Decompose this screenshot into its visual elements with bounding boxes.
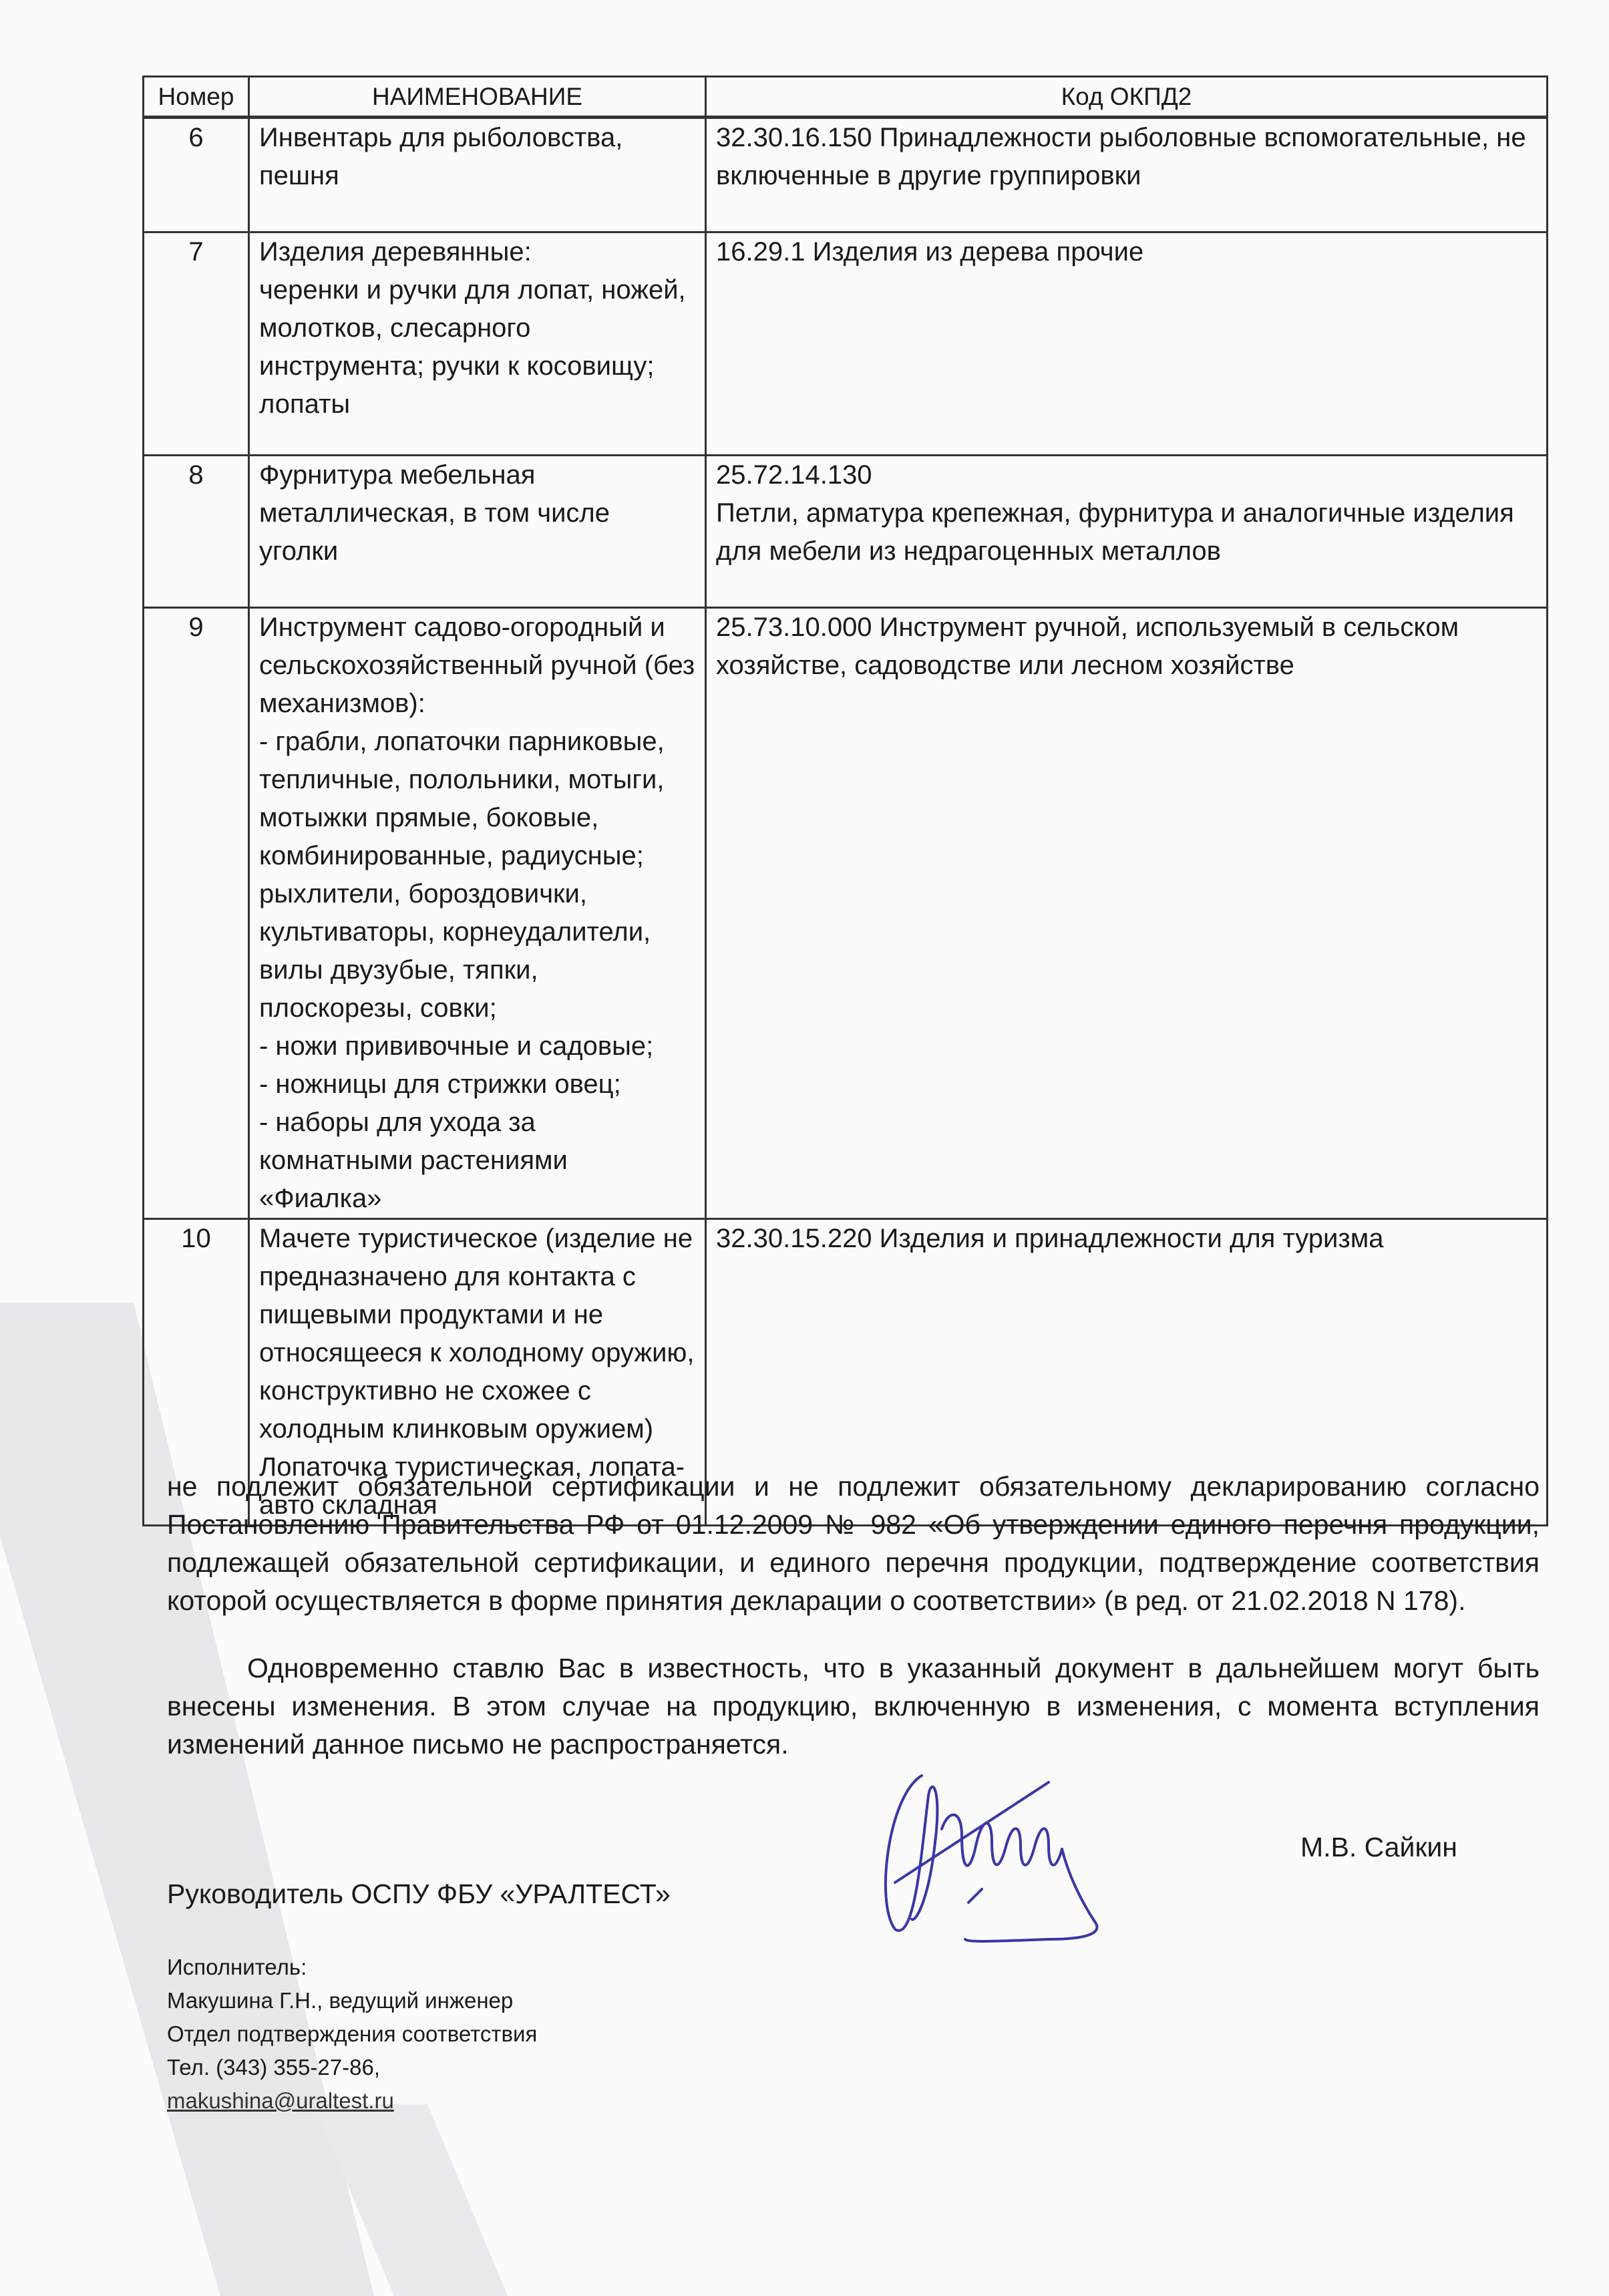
header-code: Код ОКПД2 [706,77,1548,118]
handwritten-signature [848,1769,1249,1949]
row-name: Инвентарь для рыболовства, пешня [249,118,706,232]
row-code: 25.72.14.130 Петли, арматура крепежная, … [706,456,1548,608]
signatory-title: Руководитель ОСПУ ФБУ «УРАЛТЕСТ» [167,1878,671,1910]
row-name: Инструмент садово-огородный и сельскохоз… [249,608,706,1219]
executor-phone: Тел. (343) 355-27-86, [167,2051,537,2084]
row-number: 8 [144,456,249,608]
table-row: 7 Изделия деревянные: черенки и ручки дл… [144,232,1548,456]
body-paragraph-changes: Одновременно ставлю Вас в известность, ч… [167,1649,1540,1764]
row-number: 9 [144,608,249,1219]
row-code: 16.29.1 Изделия из дерева прочие [706,232,1548,456]
signatory-name: М.В. Сайкин [1300,1832,1457,1863]
executor-label: Исполнитель: [167,1951,537,1984]
table-row: 6 Инвентарь для рыболовства, пешня 32.30… [144,118,1548,232]
row-number: 6 [144,118,249,232]
row-number: 7 [144,232,249,456]
row-code: 25.73.10.000 Инструмент ручной, использу… [706,608,1548,1219]
executor-department: Отдел подтверждения соответствия [167,2017,537,2051]
executor-block: Исполнитель: Макушина Г.Н., ведущий инже… [167,1951,537,2118]
executor-person: Макушина Г.Н., ведущий инженер [167,1984,537,2017]
header-number: Номер [144,77,249,118]
product-table: Номер НАИМЕНОВАНИЕ Код ОКПД2 6 Инвентарь… [142,75,1548,1526]
row-code: 32.30.16.150 Принадлежности рыболовные в… [706,118,1548,232]
table-row: 8 Фурнитура мебельная металлическая, в т… [144,456,1548,608]
row-name: Изделия деревянные: черенки и ручки для … [249,232,706,456]
table-header-row: Номер НАИМЕНОВАНИЕ Код ОКПД2 [144,77,1548,118]
header-name: НАИМЕНОВАНИЕ [249,77,706,118]
executor-email-link[interactable]: makushina@uraltest.ru [167,2084,537,2118]
row-name: Фурнитура мебельная металлическая, в том… [249,456,706,608]
body-paragraph-certification: не подлежит обязательной сертификации и … [167,1468,1540,1620]
table-row: 9 Инструмент садово-огородный и сельскох… [144,608,1548,1219]
